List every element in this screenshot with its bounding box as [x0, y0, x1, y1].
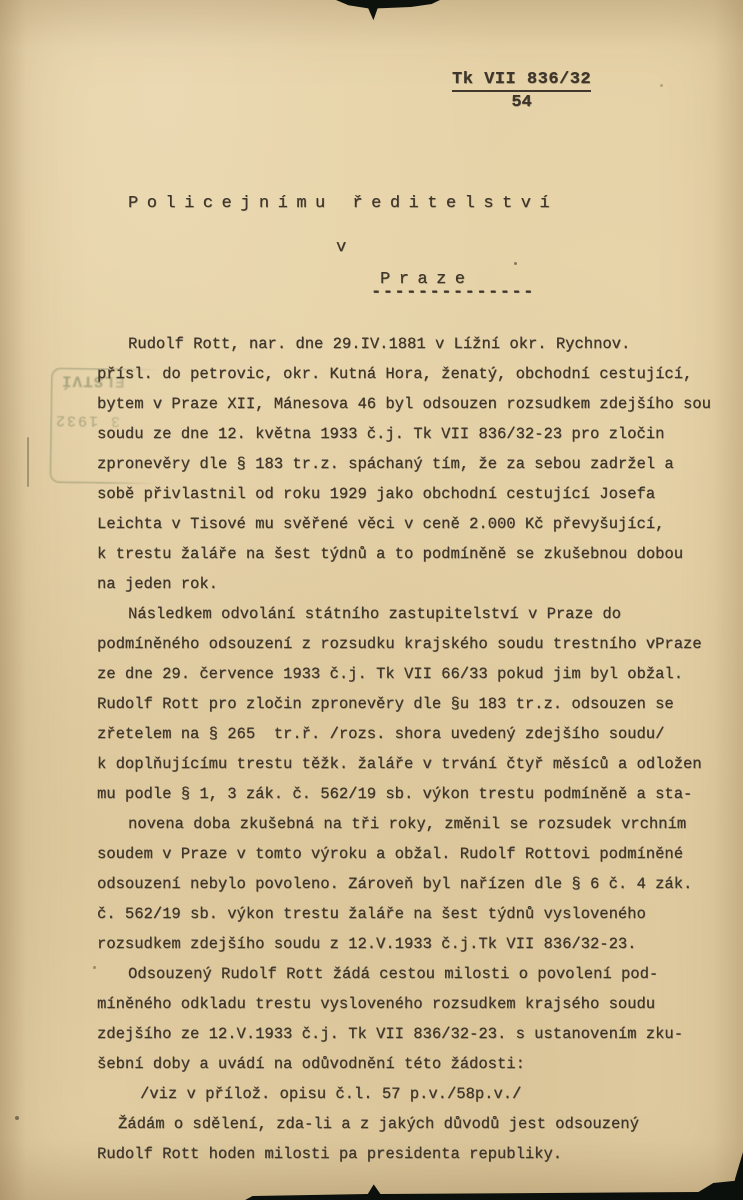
document-line: Rudolf Rott, nar. dne 29.IV.1881 v Lížní… [97, 329, 712, 359]
document-line: přísl. do petrovic, okr. Kutná Hora, žen… [97, 359, 712, 389]
document-body: Rudolf Rott, nar. dne 29.IV.1881 v Lížní… [97, 329, 712, 1169]
document-line: k trestu žaláře na šest týdnů a to podmí… [97, 539, 712, 569]
document-line: zdejšího ze 12.V.1933 č.j. Tk VII 836/32… [97, 1019, 712, 1049]
reference-block: Tk VII 836/32 54 [452, 70, 591, 112]
document-line: ze dne 29. července 1933 č.j. Tk VII 66/… [97, 659, 712, 689]
document-line: podmíněného odsouzení z rozsudku krajské… [97, 629, 712, 659]
paper-bottom-edge [0, 1180, 743, 1200]
document-line: míněného odkladu trestu vysloveného rozs… [97, 989, 712, 1019]
document-line: Žádám o sdělení, zda-li a z jakých důvod… [97, 1109, 712, 1139]
pen-mark [27, 437, 29, 487]
address-preposition: v [336, 238, 354, 257]
paper-corner-curl [731, 1152, 743, 1200]
document-line: Leichta v Tisové mu svěřené věci v ceně … [97, 509, 712, 539]
document-line: bytem v Praze XII, Mánesova 46 byl odsou… [97, 389, 712, 419]
paper-speck [15, 1116, 19, 1120]
document-line: k doplňujícímu trestu těžk. žaláře v trv… [97, 749, 712, 779]
document-line: Rudolf Rott hoden milosti pa presidenta … [97, 1139, 712, 1169]
document-line: novena doba zkušebná na tři roky, změnil… [97, 809, 712, 839]
document-line: /viz v přílož. opisu č.l. 57 p.v./58p.v.… [97, 1079, 712, 1109]
paper-speck [660, 84, 663, 87]
document-line: na jeden rok. [97, 569, 712, 599]
document-line: šební doby a uvádí na odůvodnění této žá… [97, 1049, 712, 1079]
page-number: 54 [452, 93, 591, 112]
document-line: rozsudkem zdejšího soudu z 12.V.1933 č.j… [97, 929, 712, 959]
document-line: sobě přivlastnil od roku 1929 jako obcho… [97, 479, 712, 509]
document-line: Odsouzený Rudolf Rott žádá cestou milost… [97, 959, 712, 989]
document-line: Následkem odvolání státního zastupitelst… [97, 599, 712, 629]
document-line: Rudolf Rott pro zločin zpronevěry dle §u… [97, 689, 712, 719]
reference-number: Tk VII 836/32 [452, 70, 591, 92]
paper-speck [93, 966, 96, 969]
document-line: zpronevěry dle § 183 tr.z. spáchaný tím,… [97, 449, 712, 479]
document-line: č. 562/19 sb. výkon trestu žaláře na šes… [97, 899, 712, 929]
document-line: soudem v Praze v tomto výroku a obžal. R… [97, 839, 712, 869]
paper-edge-notch [336, 0, 440, 22]
document-line: mu podle § 1, 3 zák. č. 562/19 sb. výkon… [97, 779, 712, 809]
document-line: zřetelem na § 265 tr.ř. /rozs. shora uve… [97, 719, 712, 749]
document-line: odsouzení nebylo povoleno. Zároveň byl n… [97, 869, 712, 899]
address-underline: -------------- [371, 283, 535, 302]
address-recipient: Policejnímu ředitelství [128, 194, 558, 213]
paper-speck [514, 262, 517, 265]
typewritten-document-page: Tk VII 836/32 54 Policejnímu ředitelství… [0, 0, 743, 1200]
document-line: soudu ze dne 12. května 1933 č.j. Tk VII… [97, 419, 712, 449]
